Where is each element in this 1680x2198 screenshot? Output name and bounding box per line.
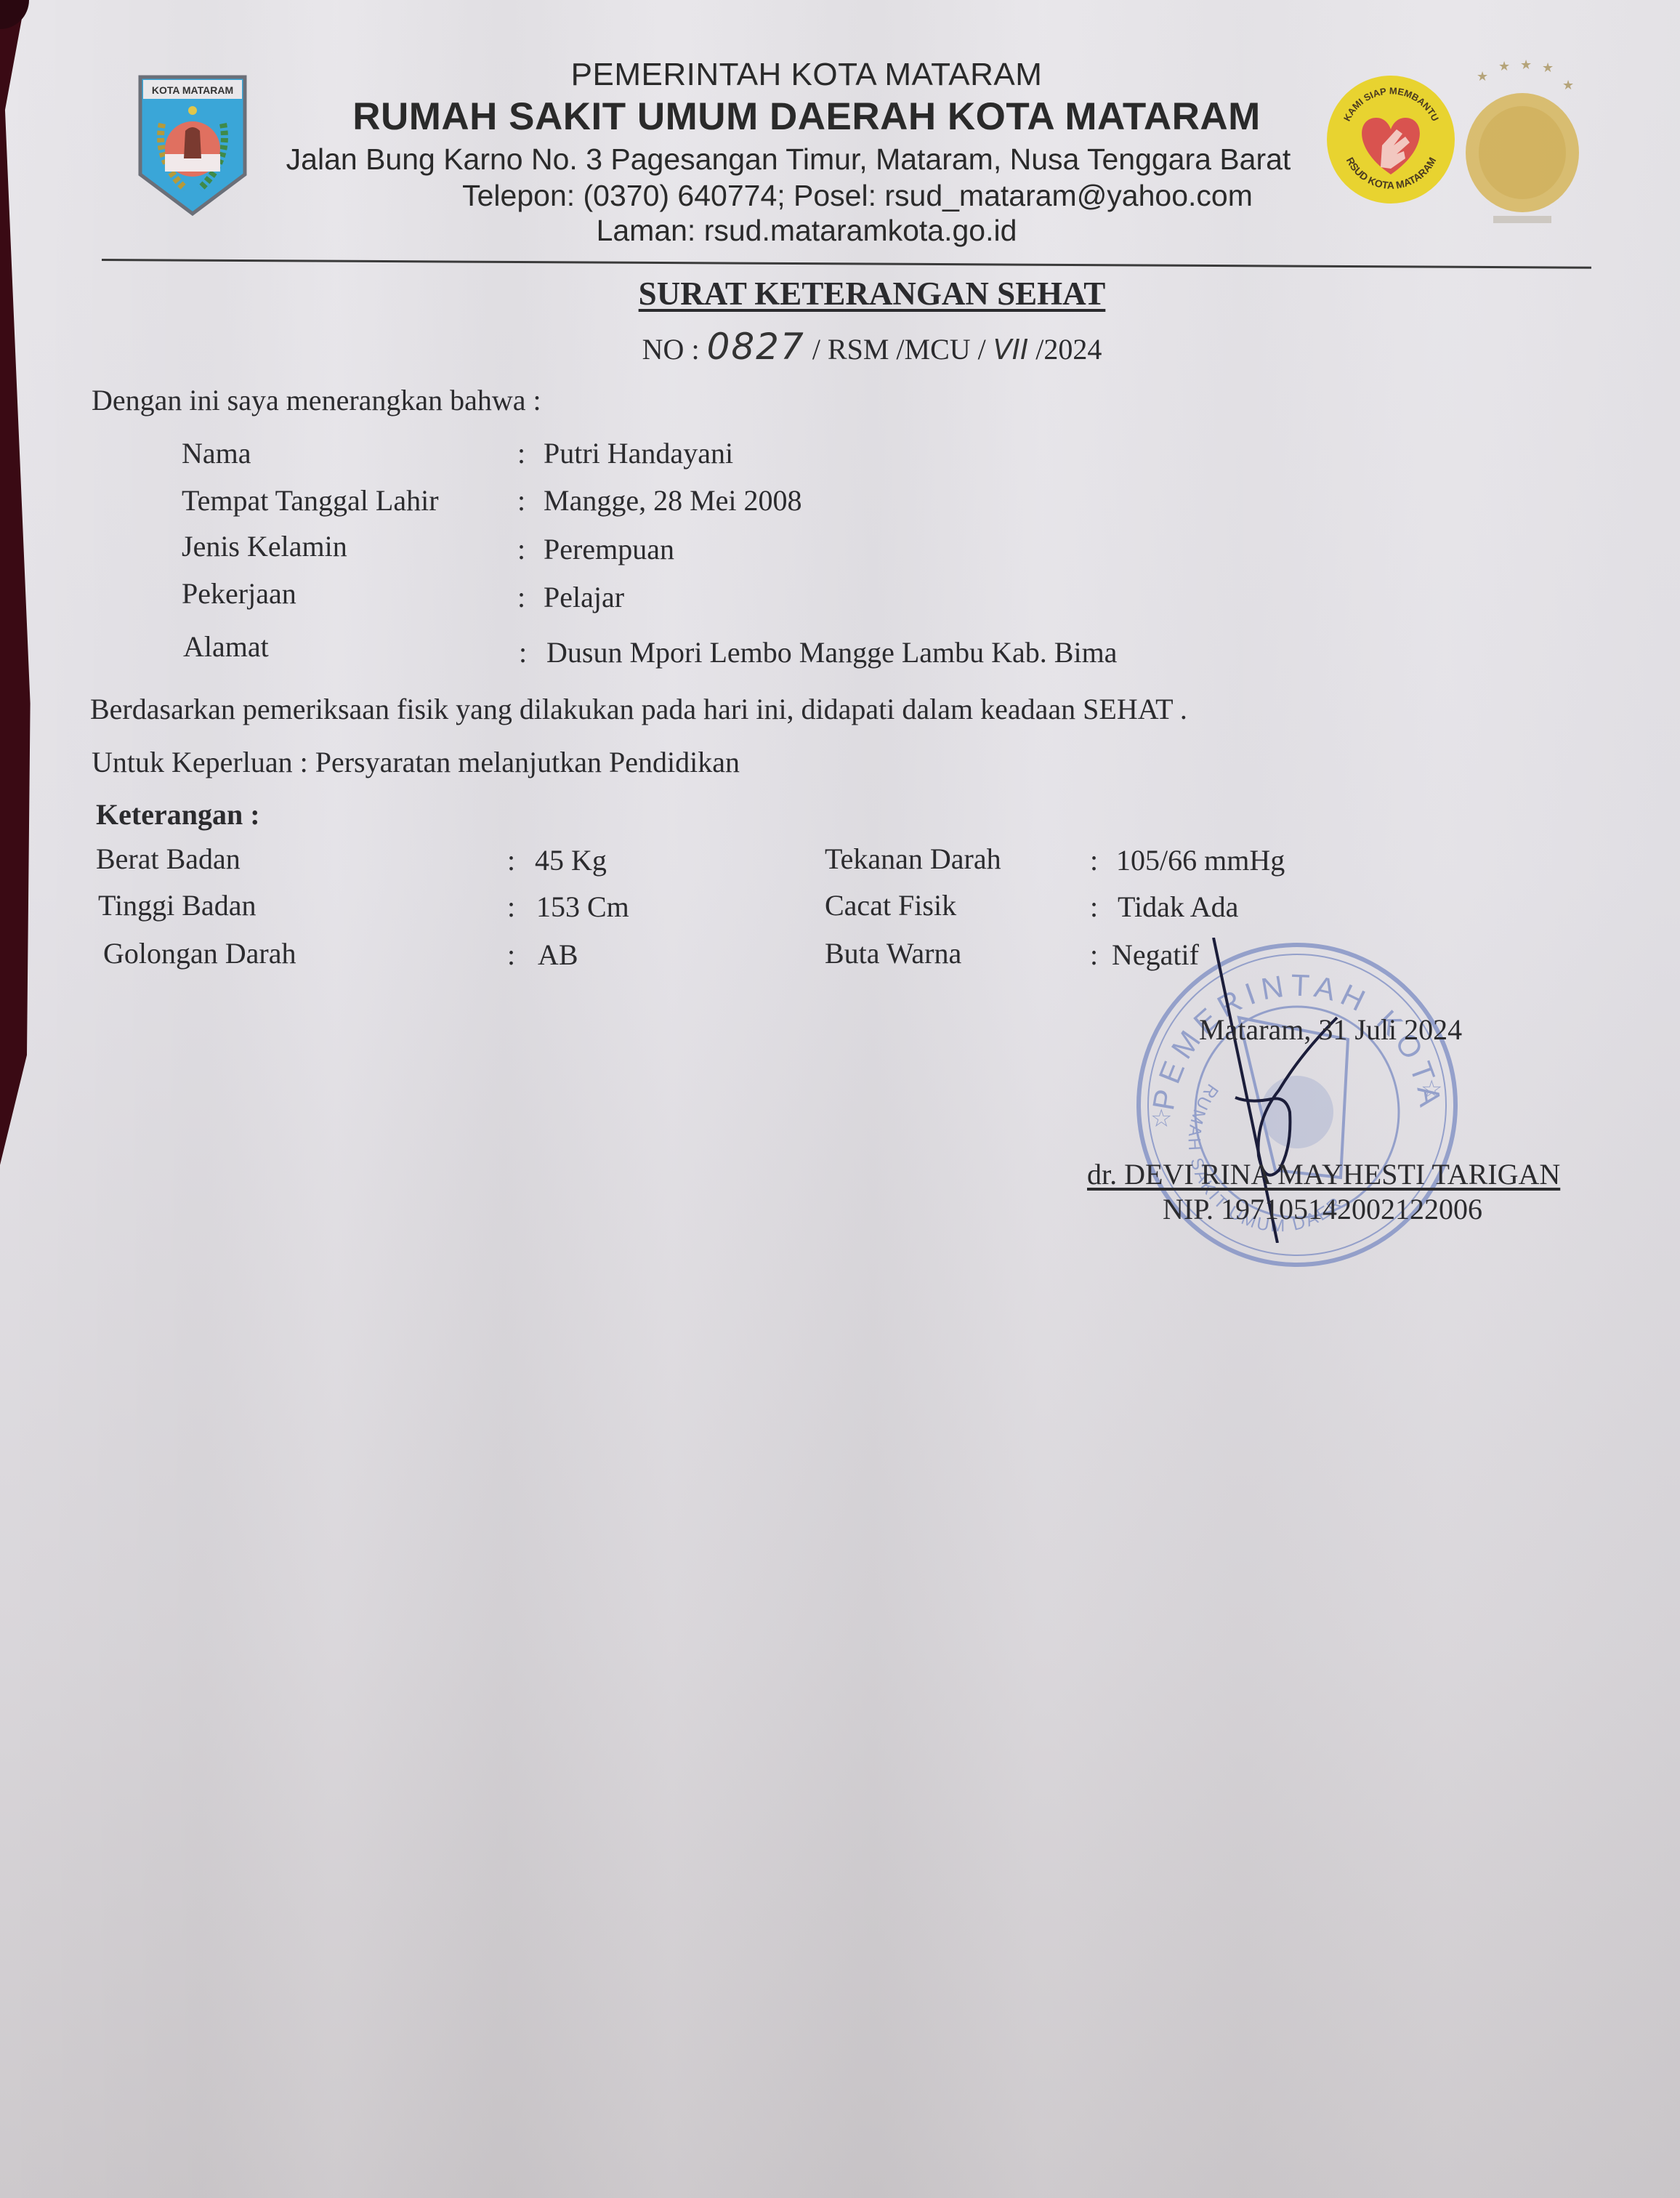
number-middle: / RSM /MCU / — [812, 333, 986, 366]
identity-value-occupation: Pelajar — [544, 580, 624, 614]
month-handwritten: VII — [993, 334, 1028, 366]
remark-value-blood-pressure: 105/66 mmHg — [1116, 843, 1285, 877]
remark-value-disability: Tidak Ada — [1118, 890, 1238, 924]
remark-separator: : — [507, 890, 515, 924]
letterhead-website: Laman: rsud.mataramkota.go.id — [334, 214, 1279, 248]
number-suffix: /2024 — [1035, 333, 1102, 366]
remark-label: Tinggi Badan — [98, 888, 256, 922]
svg-text:★: ★ — [1542, 60, 1554, 75]
identity-value-name: Putri Handayani — [544, 436, 733, 470]
identity-value-birth: Mangge, 28 Mei 2008 — [544, 483, 802, 518]
identity-separator: : — [517, 532, 525, 566]
svg-text:★: ★ — [1520, 57, 1532, 72]
remark-value-height: 153 Cm — [536, 890, 629, 924]
identity-label: Nama — [182, 436, 251, 470]
remark-label: Buta Warna — [825, 936, 961, 970]
identity-separator: : — [517, 483, 525, 518]
svg-text:★: ★ — [1498, 59, 1510, 73]
remark-value-blood-type: AB — [538, 938, 578, 972]
document-title: SURAT KETERANGAN SEHAT — [509, 275, 1235, 313]
letterhead-institution: RUMAH SAKIT UMUM DAERAH KOTA MATARAM — [269, 94, 1344, 139]
signatory-nip: NIP. 197105142002122006 — [1163, 1192, 1482, 1226]
purpose-text: Untuk Keperluan : Persyaratan melanjutka… — [92, 745, 740, 779]
identity-label: Pekerjaan — [182, 576, 296, 611]
identity-value-address: Dusun Mpori Lembo Mangge Lambu Kab. Bima — [546, 635, 1117, 669]
identity-label: Jenis Kelamin — [182, 529, 347, 563]
identity-separator: : — [519, 635, 527, 669]
svg-text:★: ★ — [1477, 69, 1488, 84]
svg-text:★: ★ — [1562, 78, 1574, 92]
identity-label: Tempat Tanggal Lahir — [182, 483, 439, 518]
svg-text:☆: ☆ — [1150, 1106, 1172, 1132]
identity-label: Alamat — [183, 629, 269, 664]
remark-separator: : — [507, 938, 515, 972]
document-number: NO : 0827 / RSM /MCU / VII /2024 — [509, 326, 1235, 368]
city-crest-icon: KOTA MATARAM — [134, 73, 251, 218]
svg-text:☆: ☆ — [1421, 1076, 1442, 1103]
identity-separator: : — [517, 580, 525, 614]
health-statement: Berdasarkan pemeriksaan fisik yang dilak… — [90, 692, 1187, 726]
service-badge-heart-hand-icon: KAMI SIAP MEMBANTU RSUD KOTA MATARAM — [1324, 73, 1458, 207]
remark-label: Golongan Darah — [103, 936, 296, 970]
number-handwritten: 0827 — [707, 326, 805, 368]
remark-separator: : — [1090, 890, 1098, 924]
crest-label: KOTA MATARAM — [152, 84, 233, 96]
accreditation-emblem-icon: ★★★★★ — [1461, 55, 1584, 229]
letterhead-contact: Telepon: (0370) 640774; Posel: rsud_mata… — [334, 179, 1381, 213]
remark-separator: : — [507, 843, 515, 877]
signatory-name: dr. DEVI RINA MAYHESTI TARIGAN — [1087, 1157, 1560, 1191]
remark-label: Tekanan Darah — [825, 842, 1001, 876]
remark-label: Berat Badan — [96, 842, 241, 876]
letterhead-government: PEMERINTAH KOTA MATARAM — [269, 57, 1344, 93]
identity-value-gender: Perempuan — [544, 532, 674, 566]
number-prefix: NO : — [642, 333, 700, 366]
identity-separator: : — [517, 436, 525, 470]
remark-separator: : — [1090, 843, 1098, 877]
letterhead-address: Jalan Bung Karno No. 3 Pagesangan Timur,… — [262, 142, 1315, 177]
intro-text: Dengan ini saya menerangkan bahwa : — [92, 383, 541, 417]
remarks-heading: Keterangan : — [96, 797, 260, 832]
remark-value-weight: 45 Kg — [535, 843, 607, 877]
remark-separator: : — [1090, 938, 1098, 972]
signature-place-date: Mataram, 31 Juli 2024 — [1199, 1013, 1462, 1047]
remark-label: Cacat Fisik — [825, 888, 956, 922]
